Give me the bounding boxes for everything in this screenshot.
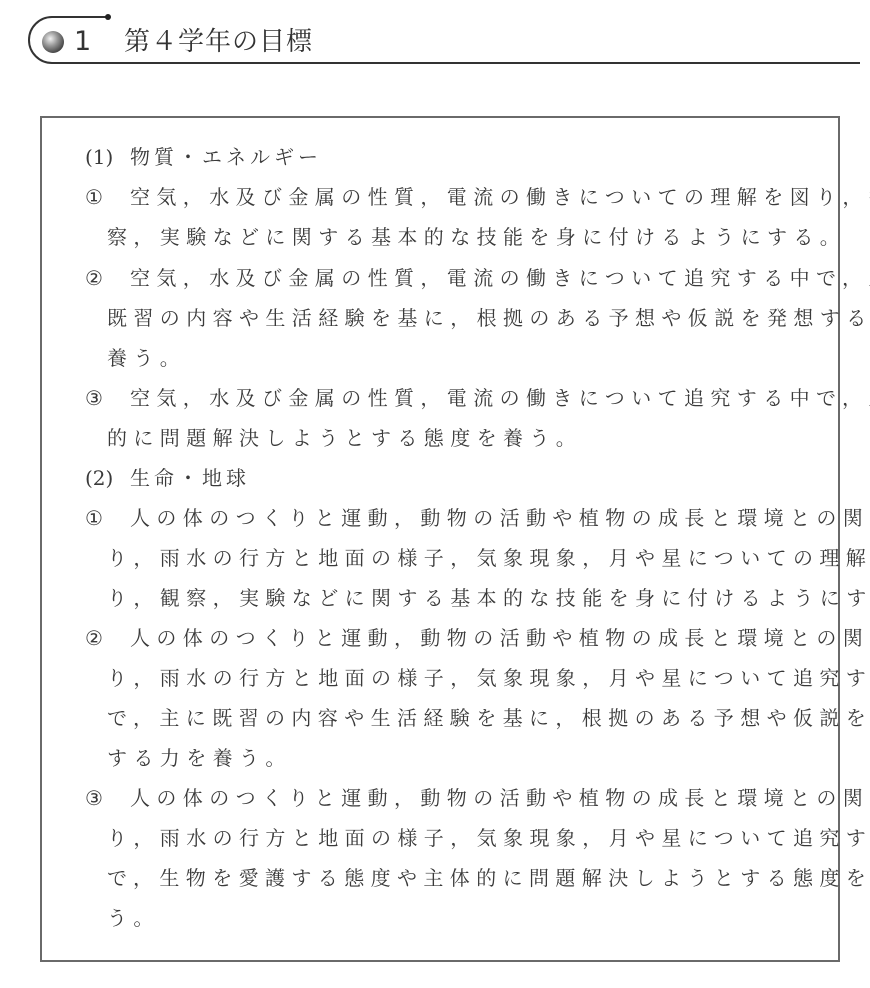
item-text-line: 的に問題解決しようとする態度を養う。 bbox=[107, 424, 582, 452]
item-continuation: う。 bbox=[0, 904, 870, 932]
list-item: ② 人の体のつくりと運動，動物の活動や植物の成長と環境との関わ bbox=[0, 624, 870, 652]
item-text-line: 空気，水及び金属の性質，電流の働きについて追究する中で，主に bbox=[130, 264, 870, 292]
item-continuation: り，観察，実験などに関する基本的な技能を身に付けるようにする。 bbox=[0, 584, 870, 612]
sphere-bullet-icon bbox=[42, 31, 64, 53]
item-text-line: り，雨水の行方と地面の様子，気象現象，月や星について追究する中 bbox=[107, 824, 870, 852]
item-continuation: 察，実験などに関する基本的な技能を身に付けるようにする。 bbox=[0, 223, 870, 251]
item-marker: ③ bbox=[85, 784, 103, 812]
item-marker: ① bbox=[85, 183, 103, 211]
list-item: ② 空気，水及び金属の性質，電流の働きについて追究する中で，主に bbox=[0, 264, 870, 292]
item-marker: ② bbox=[85, 264, 103, 292]
item-marker: ② bbox=[85, 624, 103, 652]
item-text-line: 人の体のつくりと運動，動物の活動や植物の成長と環境との関わ bbox=[130, 624, 870, 652]
item-text-line: 養う。 bbox=[107, 344, 186, 372]
item-text-line: 空気，水及び金属の性質，電流の働きについて追究する中で，主体 bbox=[130, 384, 870, 412]
item-text-line: 察，実験などに関する基本的な技能を身に付けるようにする。 bbox=[107, 223, 846, 251]
list-item: ③ 人の体のつくりと運動，動物の活動や植物の成長と環境との関わ bbox=[0, 784, 870, 812]
item-text-line: で，主に既習の内容や生活経験を基に，根拠のある予想や仮説を発想 bbox=[107, 704, 870, 732]
item-continuation: で，生物を愛護する態度や主体的に問題解決しようとする態度を養 bbox=[0, 864, 870, 892]
item-text-line: う。 bbox=[107, 904, 160, 932]
section-heading: (2) 生命・地球 bbox=[0, 464, 870, 492]
item-marker: ③ bbox=[85, 384, 103, 412]
item-text-line: り，雨水の行方と地面の様子，気象現象，月や星についての理解を図 bbox=[107, 544, 870, 572]
item-marker: ① bbox=[85, 504, 103, 532]
item-text-line: する力を養う。 bbox=[107, 744, 292, 772]
item-continuation: り，雨水の行方と地面の様子，気象現象，月や星について追究する中 bbox=[0, 664, 870, 692]
section-title: 生命・地球 bbox=[130, 464, 250, 492]
section-number: 1 bbox=[74, 24, 91, 60]
item-continuation: り，雨水の行方と地面の様子，気象現象，月や星についての理解を図 bbox=[0, 544, 870, 572]
item-text-line: で，生物を愛護する態度や主体的に問題解決しようとする態度を養 bbox=[107, 864, 870, 892]
item-text-line: り，観察，実験などに関する基本的な技能を身に付けるようにする。 bbox=[107, 584, 870, 612]
item-continuation: 既習の内容や生活経験を基に，根拠のある予想や仮説を発想する力を bbox=[0, 304, 870, 332]
item-text-line: り，雨水の行方と地面の様子，気象現象，月や星について追究する中 bbox=[107, 664, 870, 692]
section-marker: (1) bbox=[85, 143, 113, 171]
item-continuation: 養う。 bbox=[0, 344, 870, 372]
list-item: ① 人の体のつくりと運動，動物の活動や植物の成長と環境との関わ bbox=[0, 504, 870, 532]
item-continuation: 的に問題解決しようとする態度を養う。 bbox=[0, 424, 870, 452]
item-continuation: で，主に既習の内容や生活経験を基に，根拠のある予想や仮説を発想 bbox=[0, 704, 870, 732]
section-title: 物質・エネルギー bbox=[130, 143, 322, 171]
item-text-line: 空気，水及び金属の性質，電流の働きについての理解を図り，観 bbox=[130, 183, 870, 211]
list-item: ① 空気，水及び金属の性質，電流の働きについての理解を図り，観 bbox=[0, 183, 870, 211]
item-text-line: 人の体のつくりと運動，動物の活動や植物の成長と環境との関わ bbox=[130, 504, 870, 532]
section-header: 1 第４学年の目標 bbox=[0, 0, 870, 80]
section-marker: (2) bbox=[85, 464, 113, 492]
list-item: ③ 空気，水及び金属の性質，電流の働きについて追究する中で，主体 bbox=[0, 384, 870, 412]
page-title: 第４学年の目標 bbox=[124, 24, 313, 60]
item-text-line: 人の体のつくりと運動，動物の活動や植物の成長と環境との関わ bbox=[130, 784, 870, 812]
item-continuation: り，雨水の行方と地面の様子，気象現象，月や星について追究する中 bbox=[0, 824, 870, 852]
section-heading: (1) 物質・エネルギー bbox=[0, 143, 870, 171]
item-continuation: する力を養う。 bbox=[0, 744, 870, 772]
item-text-line: 既習の内容や生活経験を基に，根拠のある予想や仮説を発想する力を bbox=[107, 304, 870, 332]
